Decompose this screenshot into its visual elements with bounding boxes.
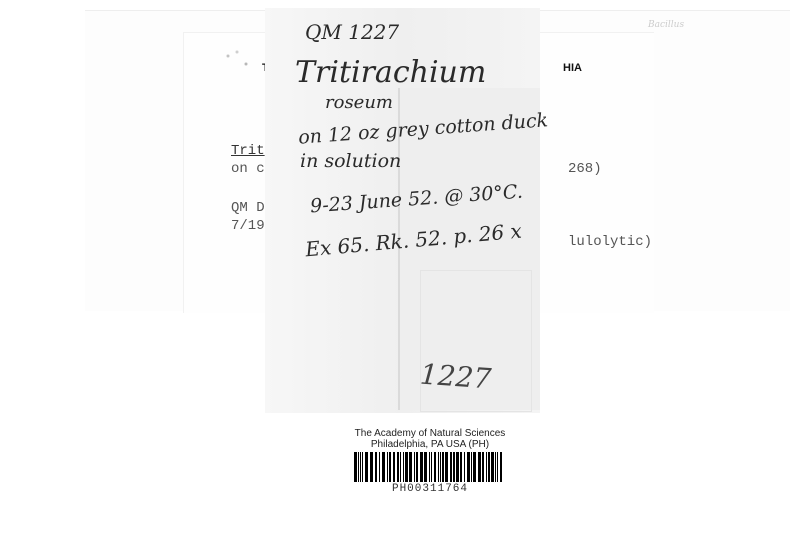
handwritten-accession: QM 1227 [305, 20, 399, 44]
barcode-number: PH00311764 [345, 483, 515, 495]
label-institution-right: HIA [563, 62, 582, 74]
handwritten-substrate-2: in solution [300, 150, 401, 172]
barcode-location: Philadelphia, PA USA (PH) [345, 439, 515, 450]
handwritten-species: roseum [325, 92, 393, 113]
label-speckles [210, 40, 270, 80]
handwritten-packet-number: 1227 [419, 358, 492, 396]
barcode-institution: The Academy of Natural Sciences [345, 428, 515, 439]
corner-stamp: Bacillus [648, 20, 684, 30]
barcode [354, 452, 506, 482]
handwritten-genus: Tritirachium [295, 55, 486, 90]
label-note: lulolytic) [568, 234, 652, 250]
label-taxon: Trit [231, 143, 265, 159]
label-substrate-ref: 268) [568, 161, 602, 177]
barcode-label: The Academy of Natural Sciences Philadel… [345, 428, 515, 495]
